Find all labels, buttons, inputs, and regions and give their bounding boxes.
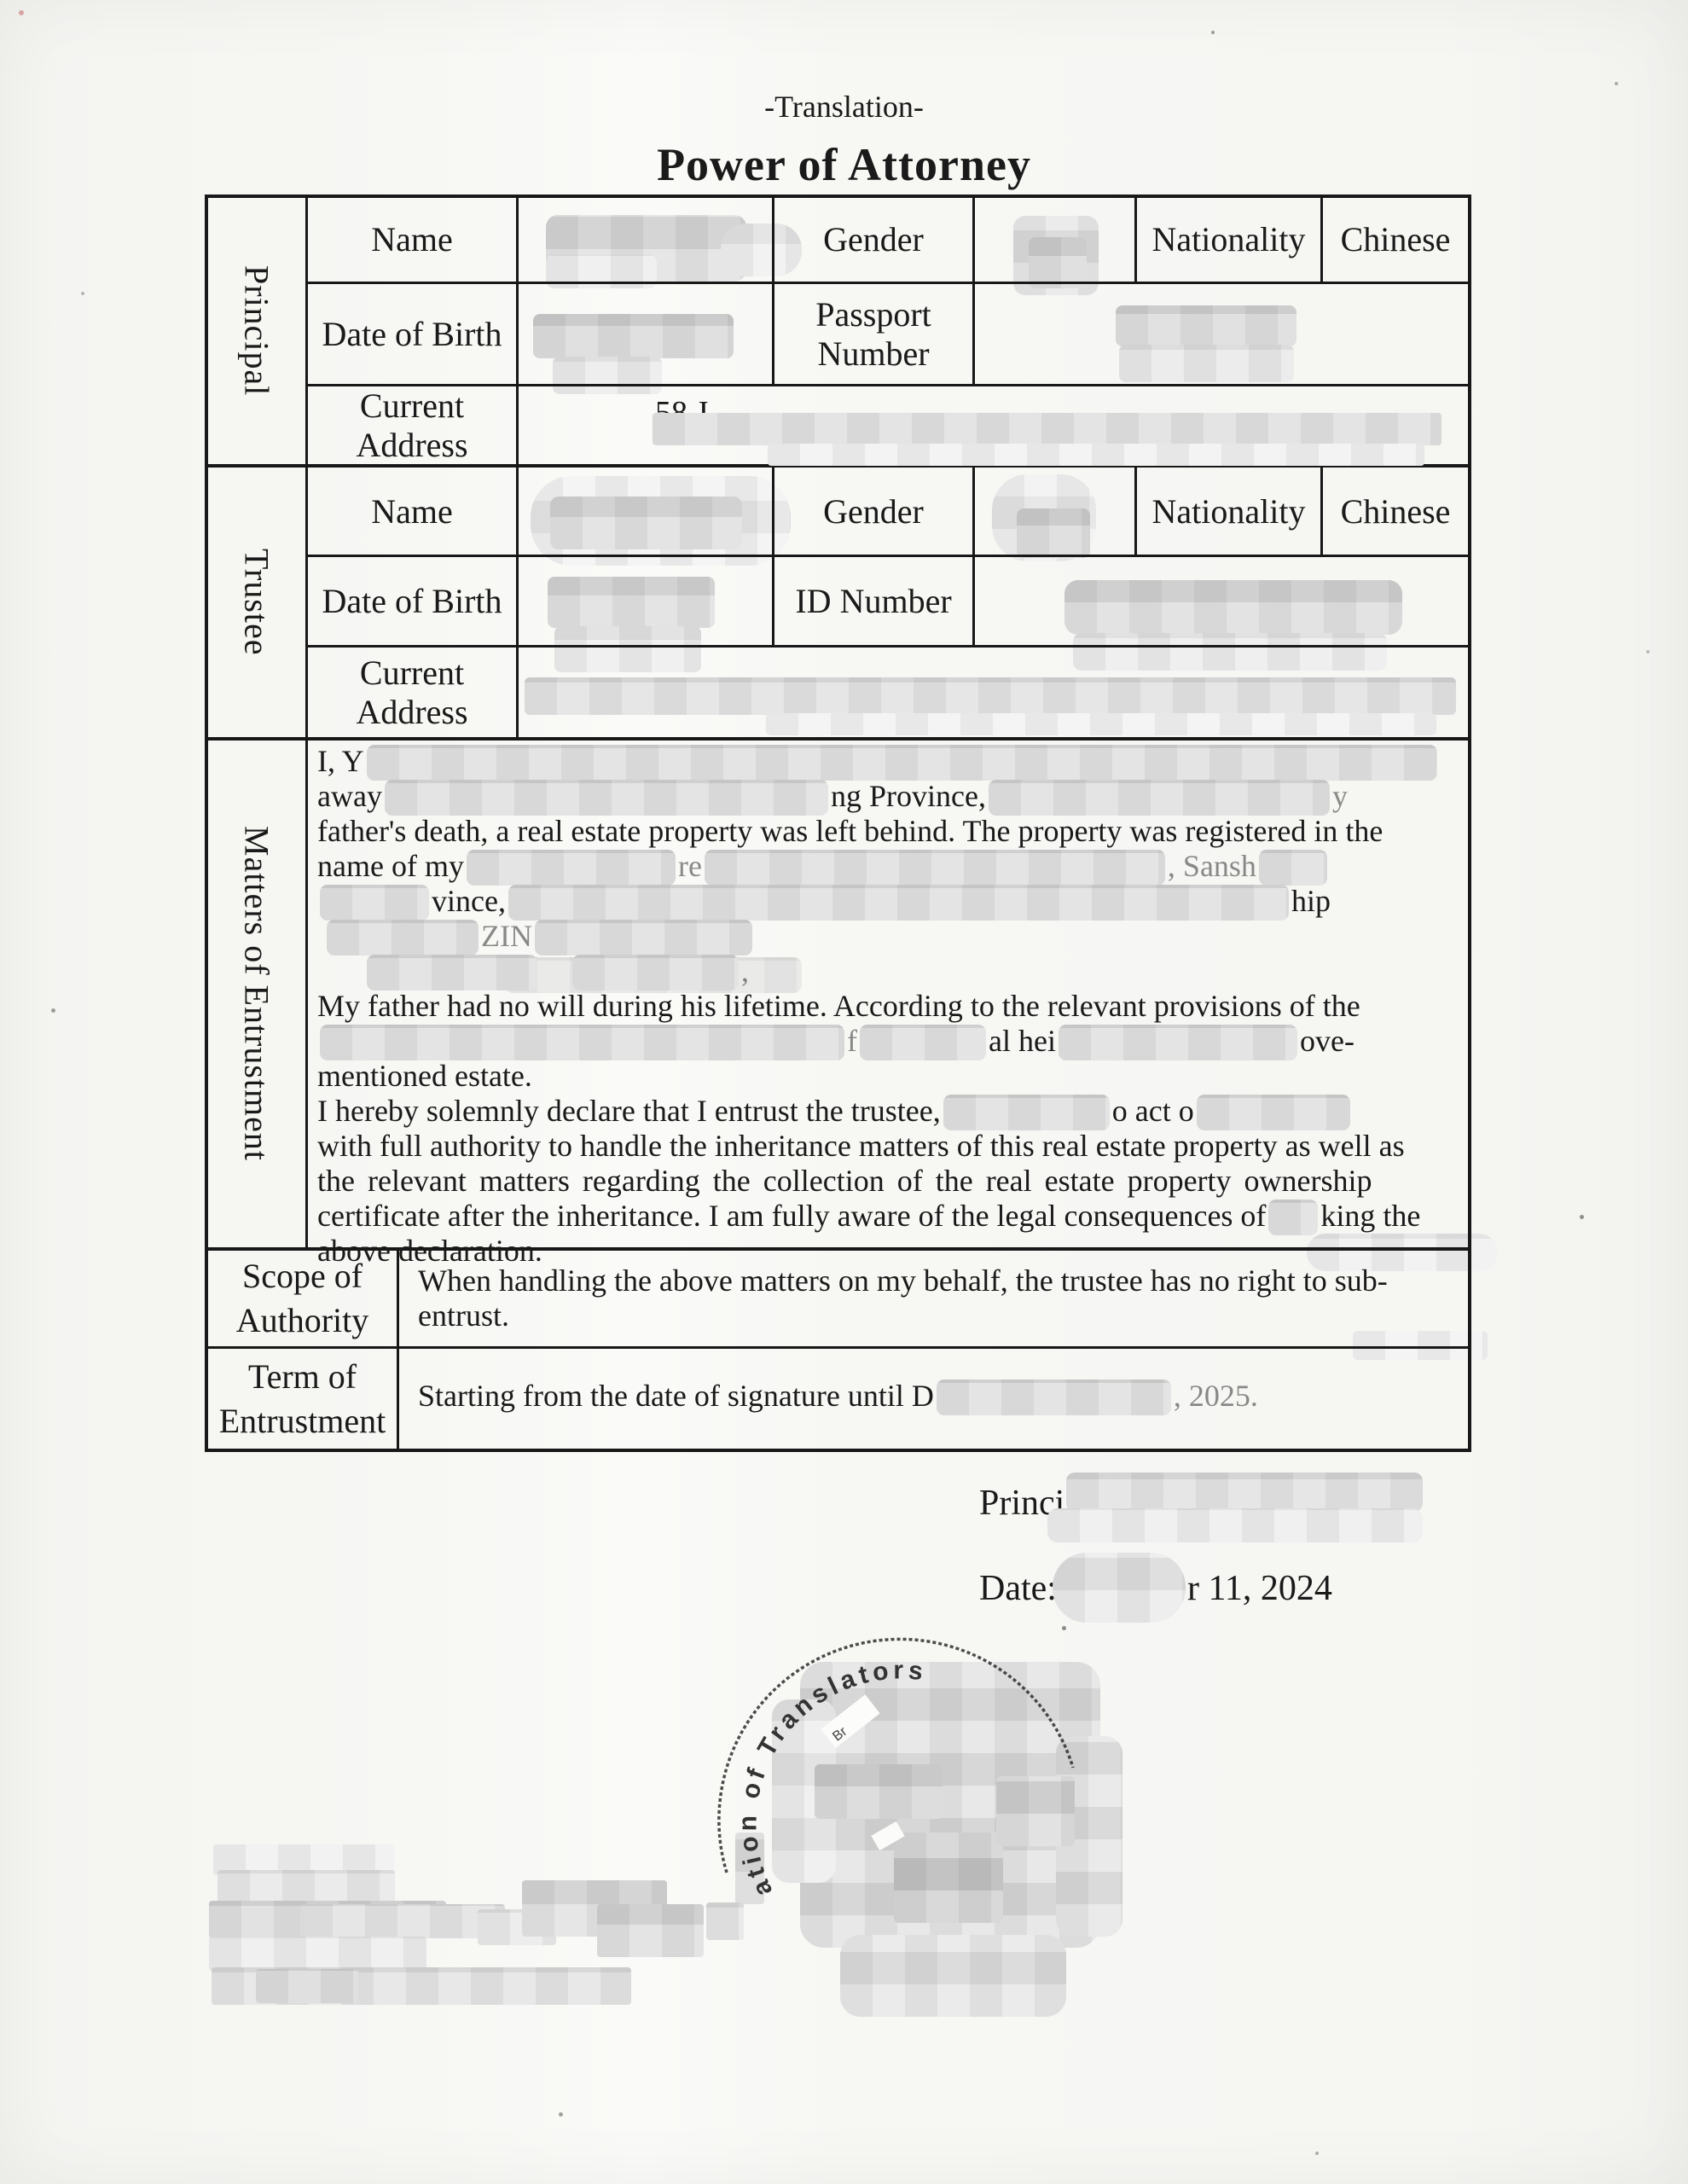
redaction-block [1073, 633, 1387, 671]
matters-line: My father had no will during his lifetim… [317, 989, 1469, 1024]
redaction-block [768, 444, 1424, 466]
table-border [516, 195, 519, 739]
inline-redaction [572, 955, 739, 990]
table-border [205, 1449, 1471, 1452]
section-label-trustee: Trustee [208, 468, 305, 737]
matters-line: ZIN [317, 919, 1469, 954]
principal-dob-label: Date of Birth [308, 284, 516, 384]
redaction-block [597, 1904, 704, 1957]
inline-redaction [1268, 1199, 1318, 1235]
address-label-line1: Current [360, 653, 464, 693]
matters-line: father's death, a real estate property w… [317, 814, 1469, 849]
matters-line: the relevant matters regarding the colle… [317, 1164, 1469, 1199]
scan-speck [1315, 2152, 1319, 2155]
page-title: Power of Attorney [0, 138, 1688, 191]
address-label-line2: Address [356, 426, 467, 465]
term-text: Starting from the date of signature unti… [418, 1379, 1459, 1415]
trustee-dob-label: Date of Birth [308, 557, 516, 645]
inline-redaction [943, 1095, 1110, 1130]
redaction-block [1119, 345, 1294, 382]
redaction-block [1047, 1508, 1423, 1542]
stamp-arc-text: ation of Translators [734, 1656, 928, 1900]
address-label-line1: Current [360, 386, 464, 426]
table-border [205, 737, 1471, 741]
translator-stamp: ation of Translators Br [706, 1623, 1107, 2032]
redaction-block [1053, 1553, 1186, 1623]
inline-redaction [467, 850, 676, 886]
inline-redaction [860, 1025, 986, 1060]
matters-of-entrustment-text: I, Yawayng Province,yfather's death, a r… [317, 744, 1469, 1269]
scan-speck [1646, 650, 1650, 653]
inline-redaction [705, 850, 1165, 886]
inline-redaction [508, 885, 1289, 921]
inline-redaction [989, 780, 1330, 816]
redaction-block [550, 497, 742, 549]
redaction-block [548, 577, 715, 628]
scan-speck [1211, 31, 1215, 34]
redaction-block [653, 413, 1441, 445]
signature-date-value: r 11, 2024 [1187, 1568, 1332, 1609]
passport-label-line1: Passport [815, 295, 931, 334]
table-border [972, 466, 975, 647]
inline-redaction [367, 745, 1437, 781]
redaction-block [766, 713, 1436, 735]
principal-nationality-label: Nationality [1137, 197, 1320, 282]
inline-redaction [535, 920, 752, 955]
inline-redaction [1197, 1095, 1350, 1130]
inline-redaction [1059, 1025, 1297, 1060]
redaction-block [1029, 237, 1087, 288]
scan-speck [559, 2112, 563, 2117]
trustee-nationality-label: Nationality [1137, 468, 1320, 555]
signature-date-label: Date: [979, 1568, 1057, 1609]
redaction-block [256, 1969, 358, 2003]
term-label-line1: Term of [248, 1355, 357, 1399]
inline-redaction [385, 780, 828, 816]
trustee-nationality-value: Chinese [1323, 468, 1468, 555]
principal-gender-label: Gender [774, 197, 972, 282]
principal-name-label: Name [308, 197, 516, 282]
matters-line: certificate after the inheritance. I am … [317, 1199, 1469, 1234]
scan-speck [81, 292, 84, 295]
scope-label-line2: Authority [236, 1298, 369, 1343]
section-label-matters: Matters of Entrustment [208, 741, 305, 1247]
scope-label: Scope of Authority [208, 1251, 397, 1346]
inline-redaction [937, 1380, 1171, 1415]
redaction-block [1066, 1472, 1423, 1512]
trustee-id-label: ID Number [774, 557, 972, 645]
redaction-block [1116, 305, 1296, 346]
redaction-block [209, 1937, 426, 1971]
address-label-line2: Address [356, 693, 467, 732]
scope-text-line1: When handling the above matters on my be… [418, 1259, 1459, 1294]
redaction-block [1017, 508, 1090, 558]
redaction-block [553, 357, 662, 394]
redaction-block [300, 1904, 505, 1938]
matters-line: I, Y [317, 744, 1469, 779]
inline-redaction [320, 885, 429, 921]
inline-redaction [367, 955, 537, 990]
matters-line: awayng Province,y [317, 779, 1469, 814]
table-border [205, 1346, 1471, 1349]
principal-address-label: Current Address [308, 386, 516, 464]
trustee-name-label: Name [308, 468, 516, 555]
trustee-address-label: Current Address [308, 648, 516, 737]
table-border [972, 195, 975, 386]
stamp-white-wedge-small [871, 1821, 904, 1850]
principal-nationality-value: Chinese [1323, 197, 1468, 282]
section-label-principal: Principal [208, 198, 305, 464]
table-border [397, 1247, 399, 1450]
inline-redaction [320, 1025, 844, 1060]
matters-line: name of myre, Sansh [317, 849, 1469, 884]
matters-line: I hereby solemnly declare that I entrust… [317, 1094, 1469, 1129]
matters-line: , [317, 954, 1469, 989]
scope-text-line2: entrust. [418, 1294, 1459, 1329]
trustee-gender-label: Gender [774, 468, 972, 555]
scan-speck [19, 10, 24, 15]
matters-line: mentioned estate. [317, 1059, 1469, 1094]
scope-text: When handling the above matters on my be… [418, 1259, 1459, 1329]
redaction-block [1064, 580, 1402, 635]
scan-speck [51, 1008, 55, 1013]
translation-label: -Translation- [0, 89, 1688, 125]
redaction-block [525, 677, 1456, 715]
term-label: Term of Entrustment [208, 1350, 397, 1449]
passport-label-line2: Number [817, 334, 929, 374]
scan-speck [1580, 1215, 1584, 1219]
matters-line: fal heiove- [317, 1024, 1469, 1059]
principal-passport-label: Passport Number [774, 284, 972, 384]
scope-label-line1: Scope of [242, 1254, 363, 1298]
inline-redaction [327, 920, 479, 955]
matters-line: with full authority to handle the inheri… [317, 1129, 1469, 1164]
matters-line: vince,hip [317, 884, 1469, 919]
scan-speck [1615, 82, 1618, 85]
scanned-document-page: -Translation- Power of Attorney Principa… [0, 0, 1688, 2184]
redaction-block [554, 626, 701, 672]
inline-redaction [1259, 850, 1327, 886]
redaction-block [533, 314, 734, 358]
term-label-line2: Entrustment [219, 1399, 386, 1443]
